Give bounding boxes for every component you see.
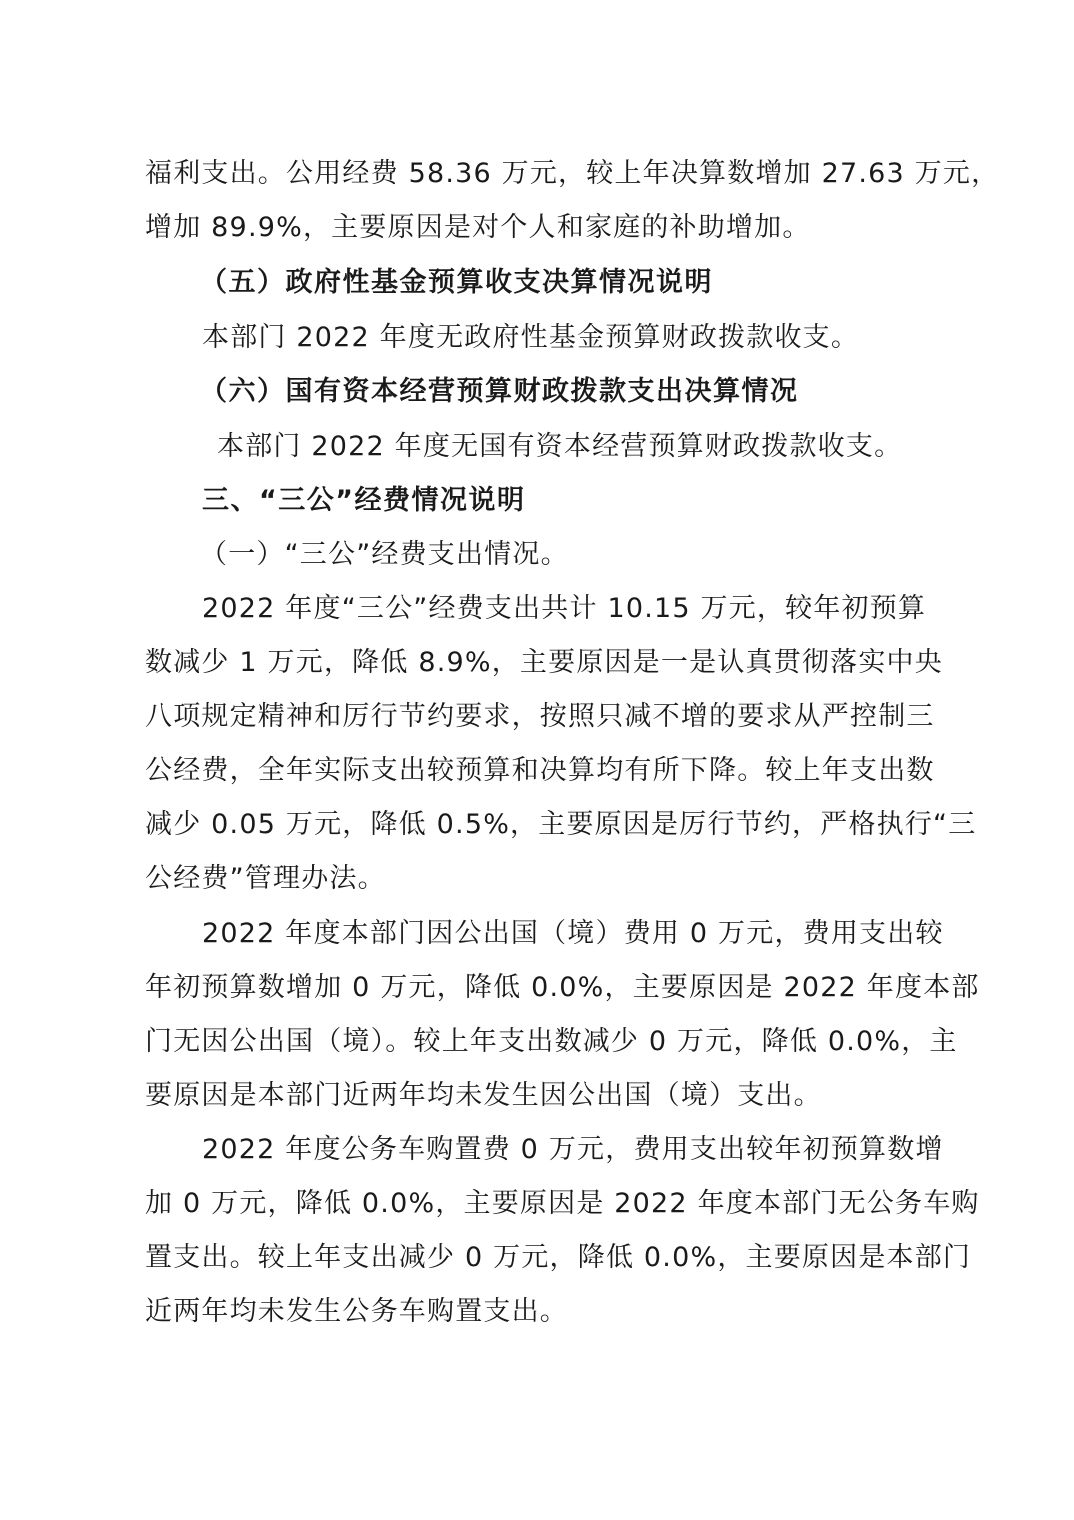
body-line: 2022 年度本部门因公出国（境）费用 0 万元，费用支出较	[202, 916, 944, 952]
body-line: 八项规定精神和厉行节约要求，按照只减不增的要求从严控制三	[145, 699, 935, 735]
body-line: 公经费”管理办法。	[145, 861, 386, 897]
subheading-expense-overview: （一）“三公”经费支出情况。	[200, 537, 569, 573]
body-line: 要原因是本部门近两年均未发生因公出国（境）支出。	[145, 1078, 822, 1114]
body-line: 福利支出。公用经费 58.36 万元，较上年决算数增加 27.63 万元，	[145, 156, 999, 192]
body-line: 2022 年度“三公”经费支出共计 10.15 万元，较年初预算	[202, 591, 926, 627]
body-line: 置支出。较上年支出减少 0 万元，降低 0.0%，主要原因是本部门	[145, 1240, 971, 1276]
section-heading-three-public-expenses: 三、“三公”经费情况说明	[202, 483, 526, 519]
body-line: 近两年均未发生公务车购置支出。	[145, 1294, 568, 1330]
body-line: 2022 年度公务车购置费 0 万元，费用支出较年初预算数增	[202, 1132, 944, 1168]
body-line: 本部门 2022 年度无国有资本经营预算财政拨款收支。	[217, 429, 902, 465]
body-line: 门无因公出国（境）。较上年支出数减少 0 万元，降低 0.0%，主	[145, 1024, 958, 1060]
body-line: 本部门 2022 年度无政府性基金预算财政拨款收支。	[202, 320, 859, 356]
body-line: 年初预算数增加 0 万元，降低 0.0%，主要原因是 2022 年度本部	[145, 970, 980, 1006]
body-line: 数减少 1 万元，降低 8.9%，主要原因是一是认真贯彻落实中央	[145, 645, 943, 681]
body-line: 加 0 万元，降低 0.0%，主要原因是 2022 年度本部门无公务车购	[145, 1186, 980, 1222]
body-line: 增加 89.9%，主要原因是对个人和家庭的补助增加。	[145, 210, 811, 246]
body-line: 公经费，全年实际支出较预算和决算均有所下降。较上年支出数	[145, 753, 935, 789]
body-line: 减少 0.05 万元，降低 0.5%，主要原因是厉行节约，严格执行“三	[145, 807, 976, 843]
subheading-government-fund: （五）政府性基金预算收支决算情况说明	[200, 265, 713, 301]
subheading-state-capital: （六）国有资本经营预算财政拨款支出决算情况	[200, 374, 799, 410]
